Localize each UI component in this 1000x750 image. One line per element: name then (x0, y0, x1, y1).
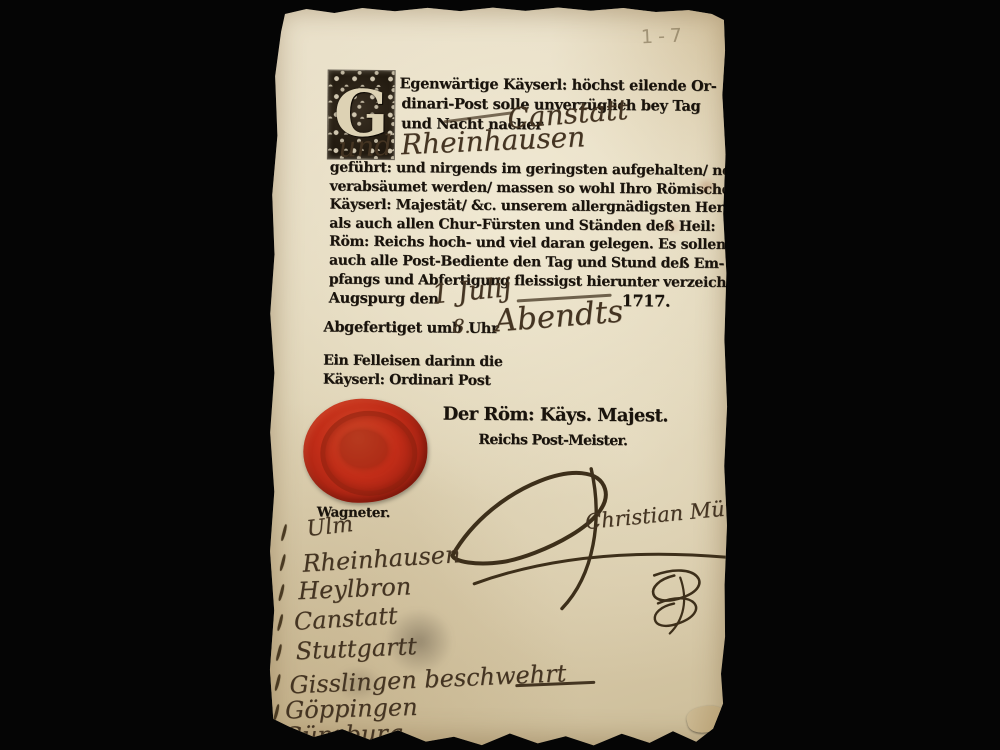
station-entry: Rheinhausen (302, 540, 461, 578)
postmaster-signature: Christian Münch (444, 456, 746, 649)
body-text: geführt: und nirgends im geringsten aufg… (329, 159, 760, 293)
issuer-line-1: Der Röm: Käys. Majest. (443, 404, 669, 427)
ink-smudge (323, 657, 393, 710)
station-entry: Günzburg (283, 719, 404, 750)
photo-background: 1-7 G Egenwärtige Käyserl: höchst eilend… (0, 0, 1000, 750)
issuer-line-2: Reichs Post-Meister. (478, 432, 627, 449)
fox-stain (665, 219, 683, 233)
station-tick (281, 524, 288, 541)
station-tick (272, 730, 279, 747)
document-paper: 1-7 G Egenwärtige Käyserl: höchst eilend… (263, 2, 735, 748)
station-entry: Heylbron (298, 572, 412, 605)
station-tick (273, 704, 280, 721)
fox-stain (694, 176, 720, 196)
wax-seal (303, 398, 428, 503)
dateline-prefix: Augspurg den (329, 290, 439, 308)
station-tick (279, 554, 286, 571)
contents-line-2: Käyserl: Ordinari Post (323, 371, 491, 388)
body-line: pfangs und Abfertigung fleissigst hierun… (329, 270, 759, 292)
station-tick (278, 584, 285, 601)
station-entry: Ulm (305, 512, 354, 542)
paper-fold (685, 702, 730, 737)
contents-line-1: Ein Felleisen darinn die (323, 352, 503, 370)
handwritten-daytime: Abendts (493, 294, 624, 340)
heading-line-1: Egenwärtige Käyserl: höchst eilende Or- (399, 75, 716, 95)
dispatch-prefix: Abgefertiget umb (323, 318, 462, 336)
dateline-year: 1717. (622, 291, 671, 310)
station-tick (274, 674, 281, 691)
pencil-archive-note: 1-7 (641, 24, 688, 48)
station-tick (277, 614, 284, 631)
station-tick (275, 644, 282, 661)
signature-flourish (444, 456, 746, 649)
